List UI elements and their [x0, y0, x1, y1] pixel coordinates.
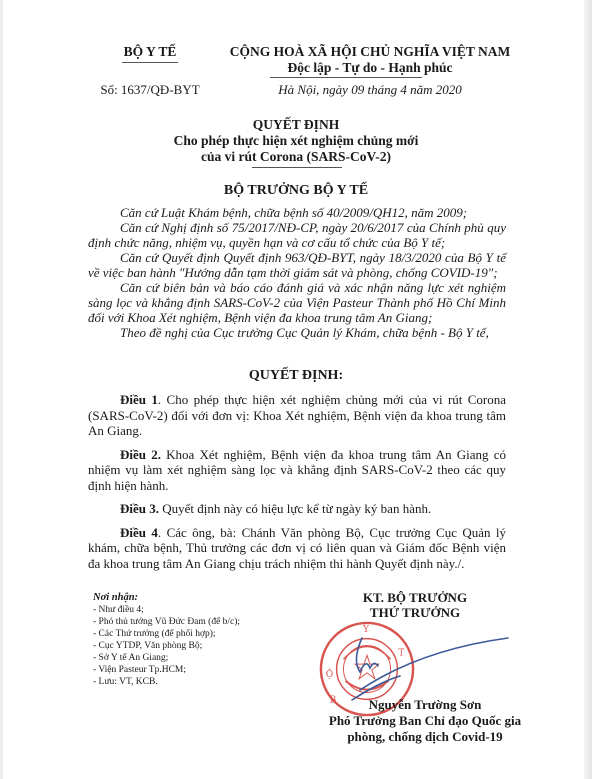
recipient-item: - Phó thủ tướng Vũ Đức Đam (để b/c); [93, 616, 293, 628]
article-label: Điều 1 [120, 392, 158, 407]
motto-underline [270, 77, 422, 78]
title-underline [252, 167, 342, 168]
article-2: Điều 2. Khoa Xét nghiệm, Bệnh viện đa kh… [88, 447, 506, 494]
preamble-item: Căn cứ Luật Khám bệnh, chữa bệnh số 40/2… [88, 205, 506, 220]
article-text: Quyết định này có hiệu lực kể từ ngày ký… [162, 501, 431, 516]
recipient-item: - Các Thứ trưởng (để phối hợp); [93, 628, 293, 640]
recipients-list: Nơi nhận: - Như điều 4; - Phó thủ tướng … [93, 592, 293, 688]
article-label: Điều 3. [120, 501, 159, 516]
document-number: Số: 1637/QĐ-BYT [100, 82, 200, 98]
recipient-item: - Cục YTDP, Văn phòng Bộ; [93, 640, 293, 652]
article-4: Điều 4. Các ông, bà: Chánh Văn phòng Bộ,… [88, 525, 506, 572]
recipient-item: - Lưu: VT, KCB. [93, 676, 293, 688]
decide-heading: QUYẾT ĐỊNH: [0, 368, 592, 384]
agency-underline [122, 62, 178, 63]
articles: Điều 1. Cho phép thực hiện xét nghiệm ch… [88, 392, 506, 579]
signer-block: Nguyễn Trường Sơn Phó Trưởng Ban Chỉ đạo… [300, 697, 550, 745]
signature-block-heading: KT. BỘ TRƯỞNG THỨ TRƯỞNG [300, 590, 530, 620]
preamble-item: Căn cứ Quyết định Quyết định 963/QĐ-BYT,… [88, 250, 506, 280]
recipient-item: - Viện Pasteur Tp.HCM; [93, 664, 293, 676]
title-line-2: của vi rút Corona (SARS-CoV-2) [0, 149, 592, 165]
signature-authority: KT. BỘ TRƯỞNG [300, 590, 530, 605]
document-title: QUYẾT ĐỊNH Cho phép thực hiện xét nghiệm… [0, 117, 592, 165]
preamble: Căn cứ Luật Khám bệnh, chữa bệnh số 40/2… [88, 205, 506, 340]
title-line-1: Cho phép thực hiện xét nghiệm chủng mới [0, 133, 592, 149]
document-page: BỘ Y TẾ Số: 1637/QĐ-BYT CỘNG HOÀ XÃ HỘI … [0, 0, 592, 779]
recipient-item: - Như điều 4; [93, 604, 293, 616]
preamble-item: Theo đề nghị của Cục trưởng Cục Quản lý … [88, 325, 506, 340]
signer-title-1: Phó Trưởng Ban Chỉ đạo Quốc gia [300, 713, 550, 729]
country-name: CỘNG HOÀ XÃ HỘI CHỦ NGHĨA VIỆT NAM [220, 44, 520, 60]
agency-name: BỘ Y TẾ [100, 44, 200, 60]
signature-role: THỨ TRƯỞNG [300, 605, 530, 620]
preamble-item: Căn cứ Nghị định số 75/2017/NĐ-CP, ngày … [88, 220, 506, 250]
article-1: Điều 1. Cho phép thực hiện xét nghiệm ch… [88, 392, 506, 439]
article-3: Điều 3. Quyết định này có hiệu lực kể từ… [88, 501, 506, 517]
signer-name: Nguyễn Trường Sơn [300, 697, 550, 713]
article-label: Điều 4 [120, 525, 158, 540]
national-header: CỘNG HOÀ XÃ HỘI CHỦ NGHĨA VIỆT NAM Độc l… [220, 44, 520, 76]
issuer-heading: BỘ TRƯỞNG BỘ Y TẾ [0, 183, 592, 199]
svg-text:Ộ: Ộ [326, 668, 333, 680]
preamble-item: Căn cứ biên bản và báo cáo đánh giá và x… [88, 280, 506, 325]
recipients-heading: Nơi nhận: [93, 592, 293, 604]
title-heading: QUYẾT ĐỊNH [0, 117, 592, 133]
national-motto: Độc lập - Tự do - Hạnh phúc [220, 60, 520, 76]
recipient-item: - Sở Y tế An Giang; [93, 652, 293, 664]
article-label: Điều 2. [120, 447, 161, 462]
signer-title-2: phòng, chống dịch Covid-19 [300, 729, 550, 745]
place-date: Hà Nội, ngày 09 tháng 4 năm 2020 [220, 82, 520, 98]
